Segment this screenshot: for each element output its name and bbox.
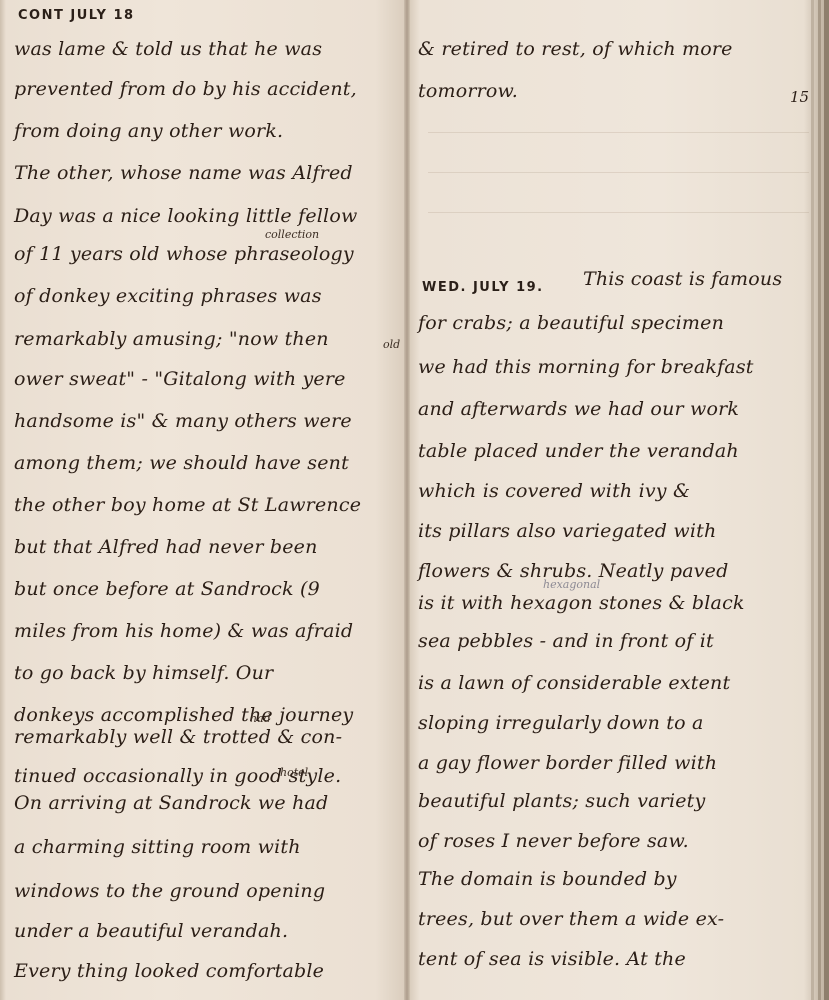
handwritten-line: miles from his home) & was afraid [14, 620, 353, 642]
faint-rule [428, 132, 809, 133]
interlinear-insertion: old [383, 338, 400, 351]
handwritten-line: remarkably amusing; "now then [14, 328, 329, 350]
handwritten-line: to go back by himself. Our [14, 662, 273, 684]
handwritten-line: tomorrow. [418, 80, 518, 102]
handwritten-line: donkeys accomplished the journey [14, 704, 353, 726]
handwritten-line: beautiful plants; such variety [418, 790, 705, 812]
handwritten-line: but that Alfred had never been [14, 536, 318, 558]
left-page-header: CONT JULY 18 [18, 8, 135, 23]
handwritten-line: the other boy home at St Lawrence [14, 494, 361, 516]
handwritten-line: was lame & told us that he was [14, 38, 322, 60]
faint-rule [428, 172, 809, 173]
handwritten-line: trees, but over them a wide ex- [418, 908, 724, 930]
handwritten-line: This coast is famous [583, 268, 782, 290]
handwritten-line: from doing any other work. [14, 120, 283, 142]
faint-rule [428, 212, 809, 213]
handwritten-line: table placed under the verandah [418, 440, 739, 462]
handwritten-line: On arriving at Sandrock we had [14, 792, 328, 814]
handwritten-line: but once before at Sandrock (9 [14, 578, 320, 600]
handwritten-line: for crabs; a beautiful specimen [418, 312, 724, 334]
handwritten-line: which is covered with ivy & [418, 480, 690, 502]
handwritten-line: and afterwards we had our work [418, 398, 739, 420]
interlinear-insertion: hotel [280, 766, 308, 779]
page-number: 15 [790, 88, 809, 106]
handwritten-line: The domain is bounded by [418, 868, 677, 890]
handwritten-line: its pillars also variegated with [418, 520, 716, 542]
right-page-date-header: WED. JULY 19. [422, 280, 544, 295]
handwritten-line: sloping irregularly down to a [418, 712, 704, 734]
handwritten-line: under a beautiful verandah. [14, 920, 288, 942]
handwritten-line: of 11 years old whose phraseology [14, 243, 354, 265]
handwritten-line: windows to the ground opening [14, 880, 325, 902]
handwritten-line: remarkably well & trotted & con- [14, 726, 342, 748]
pencil-insertion: hexagonal [543, 578, 600, 591]
handwritten-line: Day was a nice looking little fellow [14, 205, 357, 227]
handwritten-line: prevented from do by his accident, [14, 78, 357, 100]
handwritten-line: is it with hexagon stones & black [418, 592, 745, 614]
handwritten-line: is a lawn of considerable extent [418, 672, 730, 694]
handwritten-line: of roses I never before saw. [418, 830, 689, 852]
line-text: prevented from do by his accident, [14, 78, 357, 100]
page-edge [818, 0, 821, 1000]
handwritten-line: we had this morning for breakfast [418, 356, 754, 378]
handwritten-line: tent of sea is visible. At the [418, 948, 686, 970]
page-edge [824, 0, 829, 1000]
page-edge [811, 0, 814, 1000]
handwritten-line: among them; we should have sent [14, 452, 349, 474]
diary-spread: CONT JULY 18 was lame & told us that he … [0, 0, 829, 1000]
handwritten-line: sea pebbles - and in front of it [418, 630, 714, 652]
interlinear-insertion: had [250, 712, 271, 725]
interlinear-insertion: collection [265, 228, 319, 241]
left-page: CONT JULY 18 was lame & told us that he … [0, 0, 408, 1000]
handwritten-line: The other, whose name was Alfred [14, 162, 353, 184]
handwritten-line: a gay flower border filled with [418, 752, 717, 774]
handwritten-line: Every thing looked comfortable [14, 960, 324, 982]
handwritten-line: a charming sitting room with [14, 836, 301, 858]
handwritten-line: ower sweat" - "Gitalong with yere [14, 368, 346, 390]
handwritten-line: handsome is" & many others were [14, 410, 352, 432]
book-gutter [404, 0, 410, 1000]
right-page: & retired to rest, of which more tomorro… [408, 0, 829, 1000]
handwritten-line: & retired to rest, of which more [418, 38, 733, 60]
handwritten-line: of donkey exciting phrases was [14, 285, 322, 307]
